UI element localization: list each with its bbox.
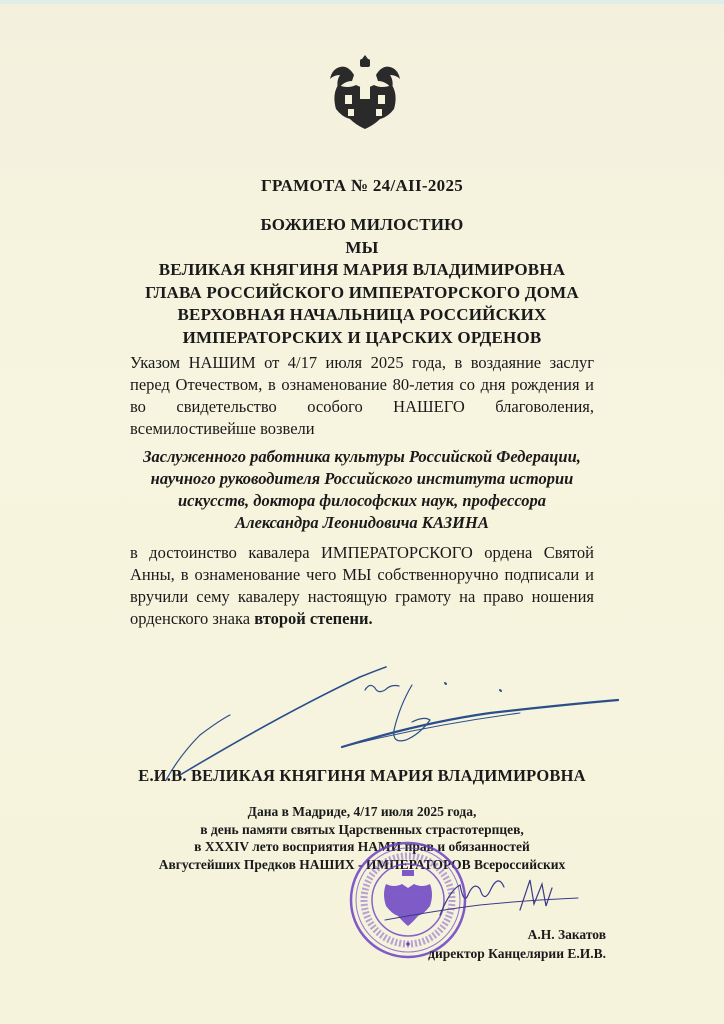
heading-line: МЫ xyxy=(0,237,724,260)
paragraph-line: во свидетельство особого НАШЕГО благовол… xyxy=(130,396,594,418)
director-signature xyxy=(380,870,580,930)
award-degree: второй степени. xyxy=(254,609,372,628)
recipient-block: Заслуженного работника культуры Российск… xyxy=(0,446,724,534)
issuance-line: в день памяти святых Царственных страсто… xyxy=(0,821,724,839)
document-page: ГРАМОТА № 24/АII-2025 БОЖИЕЮ МИЛОСТИЮ МЫ… xyxy=(0,0,724,1024)
paragraph-line: вручили сему кавалеру настоящую грамоту … xyxy=(130,586,594,608)
sovereign-title: Е.И.В. ВЕЛИКАЯ КНЯГИНЯ МАРИЯ ВЛАДИМИРОВН… xyxy=(0,766,724,786)
recipient-line: искусств, доктора философских наук, проф… xyxy=(0,490,724,512)
recipient-line: Заслуженного работника культуры Российск… xyxy=(0,446,724,468)
award-paragraph: в достоинство кавалера ИМПЕРАТОРСКОГО ор… xyxy=(130,542,594,630)
heading-line: БОЖИЕЮ МИЛОСТИЮ xyxy=(0,214,724,237)
double-headed-eagle-icon xyxy=(320,55,410,130)
paragraph-line: Анны, в ознаменование чего МЫ собственно… xyxy=(130,564,594,586)
paragraph-line: орденского знака второй степени. xyxy=(130,608,594,630)
paragraph-line: всемилостивейше возвели xyxy=(130,418,594,440)
certificate-title: ГРАМОТА № 24/АII-2025 xyxy=(0,176,724,196)
page-top-edge xyxy=(0,0,724,4)
decree-paragraph: Указом НАШИМ от 4/17 июля 2025 года, в в… xyxy=(130,352,594,440)
director-block: А.Н. Закатов директор Канцелярии Е.И.В. xyxy=(428,925,606,963)
recipient-line: научного руководителя Российского инстит… xyxy=(0,468,724,490)
director-name: А.Н. Закатов xyxy=(428,925,606,944)
heading-line: ИМПЕРАТОРСКИХ И ЦАРСКИХ ОРДЕНОВ xyxy=(0,327,724,350)
grantor-heading: БОЖИЕЮ МИЛОСТИЮ МЫ ВЕЛИКАЯ КНЯГИНЯ МАРИЯ… xyxy=(0,214,724,349)
paragraph-line: перед Отечеством, в ознаменование 80-лет… xyxy=(130,374,594,396)
paragraph-line: в достоинство кавалера ИМПЕРАТОРСКОГО ор… xyxy=(130,542,594,564)
issuance-line: Дана в Мадриде, 4/17 июля 2025 года, xyxy=(0,803,724,821)
paragraph-line: Указом НАШИМ от 4/17 июля 2025 года, в в… xyxy=(130,352,594,374)
heading-line: ВЕЛИКАЯ КНЯГИНЯ МАРИЯ ВЛАДИМИРОВНА xyxy=(0,259,724,282)
paragraph-text: орденского знака xyxy=(130,609,254,628)
heading-line: ВЕРХОВНАЯ НАЧАЛЬНИЦА РОССИЙСКИХ xyxy=(0,304,724,327)
heading-line: ГЛАВА РОССИЙСКОГО ИМПЕРАТОРСКОГО ДОМА xyxy=(0,282,724,305)
director-title: директор Канцелярии Е.И.В. xyxy=(428,944,606,963)
recipient-name: Александра Леонидовича КАЗИНА xyxy=(0,512,724,534)
